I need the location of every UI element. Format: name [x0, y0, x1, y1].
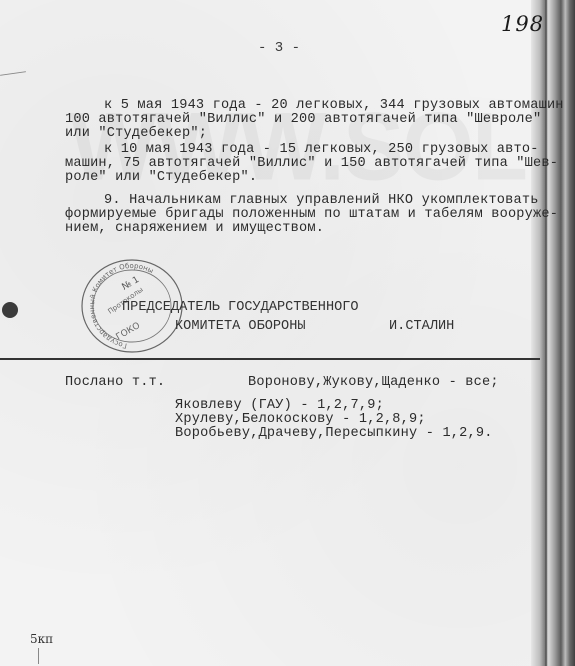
punch-hole-icon: [2, 302, 18, 318]
body-line: к 10 мая 1943 года - 15 легковых, 250 гр…: [104, 143, 539, 157]
body-line: роле" или "Студебекер".: [65, 171, 257, 185]
body-line: 100 автотягачей "Виллис" и 200 автотягач…: [65, 113, 541, 127]
distribution-line: Воробьеву,Драчеву,Пересыпкину - 1,2,9.: [175, 427, 493, 441]
signatory-name: И.СТАЛИН: [389, 318, 454, 335]
body-line: или "Студебекер";: [65, 127, 207, 141]
page-marker: - 3 -: [258, 40, 300, 56]
body-line: 9. Начальникам главных управлений НКО ук…: [104, 194, 539, 208]
divider-line: [0, 358, 540, 360]
distribution-label: Послано т.т.: [65, 376, 165, 390]
footer-code: 5кп: [30, 632, 53, 646]
body-line: формируемые бригады положенным по штатам…: [65, 208, 558, 222]
document-page: WWW.SOLDAT.ru 198 - 3 - к 5 мая 1943 год…: [0, 0, 575, 666]
body-line: машин, 75 автотягачей "Виллис" и 150 авт…: [65, 157, 558, 171]
signature-title-line1: ПРЕДСЕДАТЕЛЬ ГОСУДАРСТВЕННОГО: [122, 299, 359, 316]
distribution-line: Яковлеву (ГАУ) - 1,2,7,9;: [175, 399, 384, 413]
folio-number: 198: [501, 12, 544, 36]
body-line: нием, снаряжением и имуществом.: [65, 222, 324, 236]
signature-title-line2: КОМИТЕТА ОБОРОНЫ: [175, 318, 306, 335]
distribution-line: Воронову,Жукову,Щаденко - все;: [248, 376, 499, 390]
distribution-line: Хрулеву,Белокоскову - 1,2,8,9;: [175, 413, 426, 427]
svg-text:ГОКО: ГОКО: [115, 321, 143, 343]
body-line: к 5 мая 1943 года - 20 легковых, 344 гру…: [104, 99, 564, 113]
